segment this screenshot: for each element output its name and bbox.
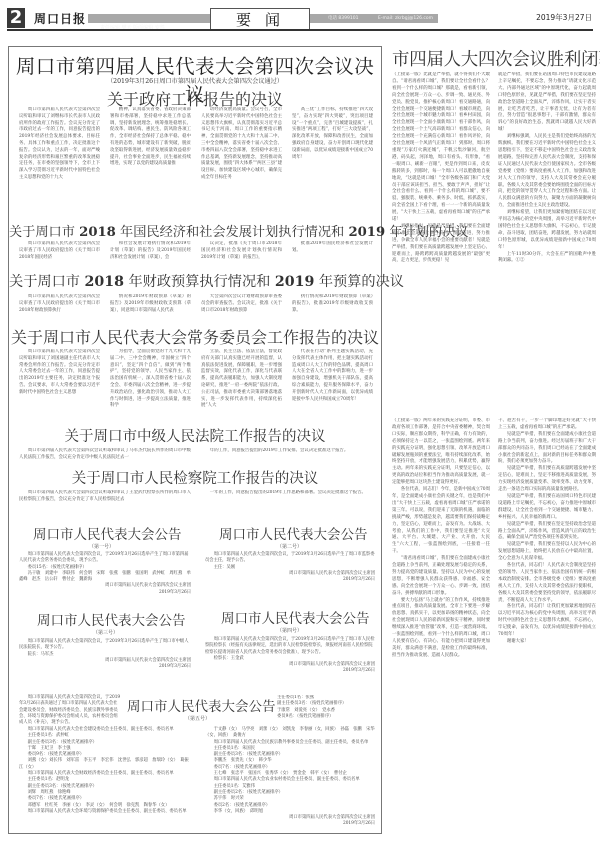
section-tab: 要闻: [210, 8, 310, 30]
announcement-5-left-list: 周口市第四届人民代表大会社会建设委员会主任委员、副主任委员、委员名单 主任委员1…: [19, 727, 191, 815]
text-column: 一年的工作，同意报告提出的2019年工作思路和部署。会议决定批准这个报告。: [201, 490, 373, 504]
text-column: （上接第一版）比就是严举措，就不得我们不大敢自。“请君再看周口城”，我们要让全社…: [392, 72, 490, 414]
resolution-body-court: 周口市第四届人民代表大会第四次会议听取和审议了马军杰代院长所作的周口市中级人民法…: [19, 448, 373, 462]
announcement-4-number: （第四号）: [277, 627, 302, 634]
text-column: 动经济发展高质量。会议号召，全市人民要高举习近平新时代中国特色社会主义思想伟大旗…: [201, 107, 282, 219]
text-column: 和社会发展计划执行情况和2019年计划（草案）的报告》及2019年国民经济和社会…: [110, 241, 191, 263]
section-title: 要闻: [211, 9, 309, 31]
resolution-body-economic-plan: 周口市第四届人民代表大会第四次会议审查了市人民政府提出的《关于周口市2018年国…: [19, 241, 373, 263]
text-column: 干、趁苦有干，一步一个脚印地走好见就“大干快上三五载，虚看再看周口城”的庄严承诺…: [498, 418, 596, 842]
announcement-1-body: 周口市第四届人民代表大会第四次会议，于2019年3月26日选举产生了周口市第四届…: [19, 552, 191, 596]
announcement-5-right-list: 于文静（女） 马学亮 刘蕾（女） 刘凯龙 李春丽（女，回族） 孙磊 张鹏 宋华（…: [205, 727, 375, 828]
closing-article-bottom: （上接第一版）两年来的实践充分证明，市委、市政府各项工作部署，是符合中央省委精神…: [392, 418, 596, 842]
text-column: 周口市第四届人民代表大会第四次会议审查了市人民政府提出的《关于周口市2018年国…: [19, 241, 100, 263]
text-column: 议决定，批准《关于周口市2018年国民经济和社会发展计划执行情况和2019年计划…: [201, 241, 282, 263]
announcement-1-number: （第一号）: [89, 543, 114, 550]
announcement-5-title: 周口市人民代表大会公告: [127, 695, 276, 715]
text-column: 周口市第四届人民代表大会第四次会议听取和审议了王金武代检察长所作的周口市人民检察…: [19, 490, 191, 504]
text-column: 周口市第四届人民代表大会第四次会议听取和审议了刘继标市长代表市人民政府所作的政府…: [19, 107, 100, 219]
contact-strip: 电话 8399101 E-mail: zkrbgj@126.com: [310, 14, 438, 23]
announcement-5-number: （第五号）: [185, 715, 210, 722]
closing-headline: 市四届人大四次会议胜利闭幕: [392, 45, 596, 70]
announcement-2-body: 周口市第四届人民代表大会第四次会议，于2019年3月26日选举产生了周口市监察委…: [205, 552, 375, 583]
announcement-5-right-top: 主任委员1名：张燕 副主任委员3名：（按姓氏笔画排序） 于康常 刘爱亮（女） 党…: [277, 695, 375, 725]
resolution-title-budget: 关于周口市 2018 年财政预算执行情况和 2019 年预算的决议: [9, 271, 381, 291]
text-column: 执行情况和2019年财政预算（草案）的报告》，批准2019年市级财政收支预算。: [292, 294, 373, 316]
text-column: （上接第一版）两年来的实践充分证明，市委、市政府各项工作部署，是符合中央省委精神…: [392, 418, 490, 842]
masthead: 2 周口日报 责任编辑 樊天 版面编辑 安然 要闻 电话 8399101 E-m…: [0, 0, 600, 30]
email-text: E-mail: zkrbgj@126.com: [378, 14, 433, 23]
announcement-2-title: 周口市人民代表大会公告: [219, 523, 368, 543]
text-column: 精神，认真落实省委、省政府决策部署和市委部署，坚持稳中求进工作总基调，坚持新发展…: [110, 107, 191, 219]
text-column: 年的工作，同意报告提出的2019年工作安排。会议决定批准这个报告。: [201, 448, 373, 462]
text-column: 高三优”工作目标，持续推进“四大攻坚”，奋力实现“四大突破”，突出项目建设“一个…: [292, 107, 373, 219]
masthead-rule: [7, 29, 593, 31]
page-number: 2: [7, 8, 25, 28]
announcement-4-body: 周口市第四届人民代表大会第四次会议，于2019年3月26日选举产生了周口市人民检…: [205, 637, 375, 675]
text-column: 立法、民主立法、依法立法，督促政府有关部门认真实施已经开展的监督，认真依法促进发…: [201, 349, 282, 419]
issue-date: 2019年3月27日: [536, 12, 592, 23]
announcement-1-title: 周口市人民代表大会公告: [33, 523, 182, 543]
announcement-4-title: 周口市人民代表大会公告: [221, 607, 370, 627]
editor-strip: 责任编辑 樊天 版面编辑 安然: [88, 14, 210, 23]
announcement-2-number: （第二号）: [277, 543, 302, 550]
resolution-body-standing-committee: 周口市第四届人民代表大会第四次会议听取和审议了刘国通副主任代表市人大常委会所作的…: [19, 349, 373, 419]
announcement-3-number: （第三号）: [93, 629, 118, 636]
text-column: 周口市第四届人民代表大会第四次会议听取和审议了刘国通副主任代表市人大常委会所作的…: [19, 349, 100, 419]
closing-article-top: （上接第一版）比就是严举措，就不得我们不大敢自。“请君再看周口城”，我们要让全社…: [392, 72, 596, 414]
resolutions-box: 周口市第四届人民代表大会第四次会议决议 （2019年3月26日周口市第四届人民代…: [8, 46, 382, 834]
text-column: 大会第四次会议计划财政预算审查委员会的审查报告。会议决定，批准《关于周口市201…: [201, 294, 282, 316]
resolution-title-standing-committee: 关于周口市人民代表大会常务委员会工作报告的决议: [9, 325, 381, 348]
text-column: 周口市第四届人民代表大会第四次会议审查了市人民政府提出的《关于周口市2018年财…: [19, 294, 100, 316]
resolution-body-procuratorate: 周口市第四届人民代表大会第四次会议听取和审议了王金武代检察长所作的周口市人民检察…: [19, 490, 373, 504]
resolution-body-gov-report: 周口市第四届人民代表大会第四次会议听取和审议了刘继标市长代表市人民政府所作的政府…: [19, 107, 373, 219]
text-column: 周口市第四届人民代表大会第四次会议听取和审议了马军杰代院长所作的周口市中级人民法…: [19, 448, 191, 462]
resolution-body-budget: 周口市第四届人民代表大会第四次会议审查了市人民政府提出的《关于周口市2018年财…: [19, 294, 373, 316]
main-subheadline: （2019年3月26日周口市第四届人民代表大会第四次会议通过）: [9, 76, 381, 85]
text-column: 情况和2019年财政预算（草案）的报告》及2019年市级财政收支预算（草案），同…: [110, 294, 191, 316]
text-column: 批准2019年国民经济和社会发展计划。: [292, 241, 373, 263]
text-column: 为指导，全面贯彻党的十九大和十九届二中、三中全会精神，牢固树立“四个意识”，坚定…: [110, 349, 191, 419]
resolution-title-procuratorate: 关于周口市人民检察院工作报告的决议: [9, 467, 381, 488]
resolution-title-economic-plan: 关于周口市 2018 年国民经济和社会发展计划执行情况和 2019 年计划的决议: [9, 221, 381, 240]
resolution-title-court: 关于周口市中级人民法院工作报告的决议: [9, 425, 381, 446]
phone-text: 电话 8399101: [328, 14, 358, 23]
text-column: 就是严举措，我们要在站国周口特色市民建设道路上辛记嘱托，不要忘念，努力推动“请就…: [498, 72, 596, 414]
announcement-5-intro: 周口市第四届人民代表大会第四次会议，于2019年3月26日表决通过了周口市第四届…: [19, 695, 121, 726]
paper-logo: 周口日报: [34, 10, 86, 27]
announcement-3-title: 周口市人民代表大会公告: [37, 609, 186, 629]
text-column: 代表在行动”系列主题实践活动，充分发挥代表主体作用，把主题实践活动打造成周口人大…: [292, 349, 373, 419]
announcement-3-body: 周口市第四届人民代表大会第四次会议，于2019年3月26日选举产生了周口市中级人…: [19, 639, 191, 670]
